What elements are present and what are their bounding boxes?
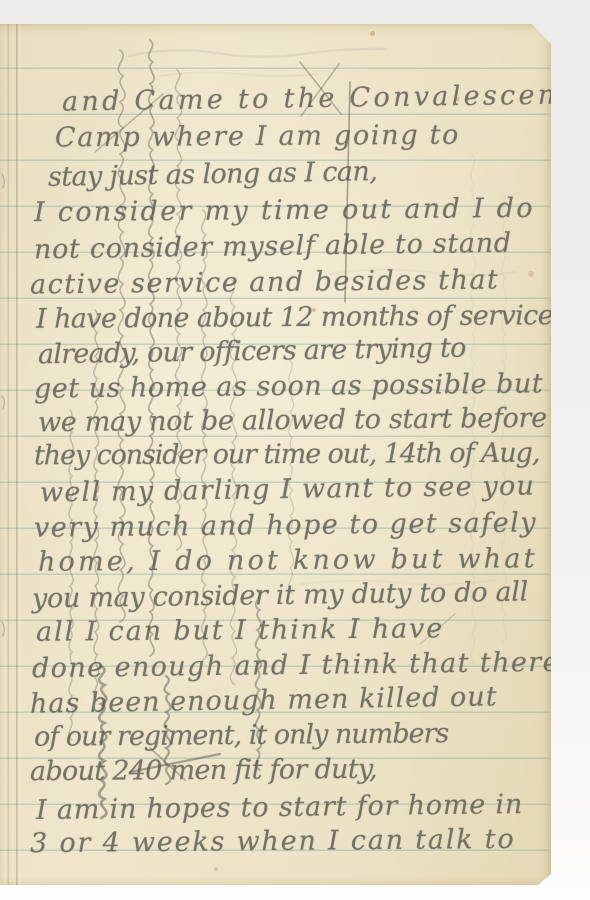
letter-line: I have done about 12 months of service [36,301,553,334]
letter-line: already, our officers are trying to [38,334,466,370]
letter-line: has been enough men killed out [30,682,498,719]
letter-line: 3 or 4 weeks when I can talk to [30,825,516,859]
letter-line: and Came to the Convalescent [62,80,573,117]
letter-line: I am in hopes to start for home in [36,790,523,826]
letter-line: I consider my time out and I do [34,194,535,228]
letter-line: done enough and I think that there [32,648,560,684]
letter-line: all I can but I think I have [36,614,444,647]
letter-line: not consider myself able to stand [34,229,512,265]
letter-line: home, I do not know but what [38,544,538,577]
letter-line: of our regiment, it only numbers [34,719,449,752]
letter-line: stay just as long as I can, [48,157,378,192]
letter-text: and Came to the ConvalescentCamp where I… [0,24,551,885]
letter-line: well my darling I want to see you [40,472,535,509]
photo-background: and Came to the ConvalescentCamp where I… [0,0,590,900]
letter-line: very much and hope to get safely [34,508,537,543]
letter-page: and Came to the ConvalescentCamp where I… [0,24,551,885]
letter-line: get us home as soon as possible but [34,369,543,404]
letter-line: active service and besides that [30,266,500,301]
letter-line: they consider our time out, 14th of Aug, [34,439,539,471]
letter-line: Camp where I am going to [55,121,460,154]
letter-line: about 240 men fit for duty, [30,755,377,787]
letter-line: you may consider it my duty to do all [32,578,528,615]
letter-line: we may not be allowed to start before [38,404,547,438]
